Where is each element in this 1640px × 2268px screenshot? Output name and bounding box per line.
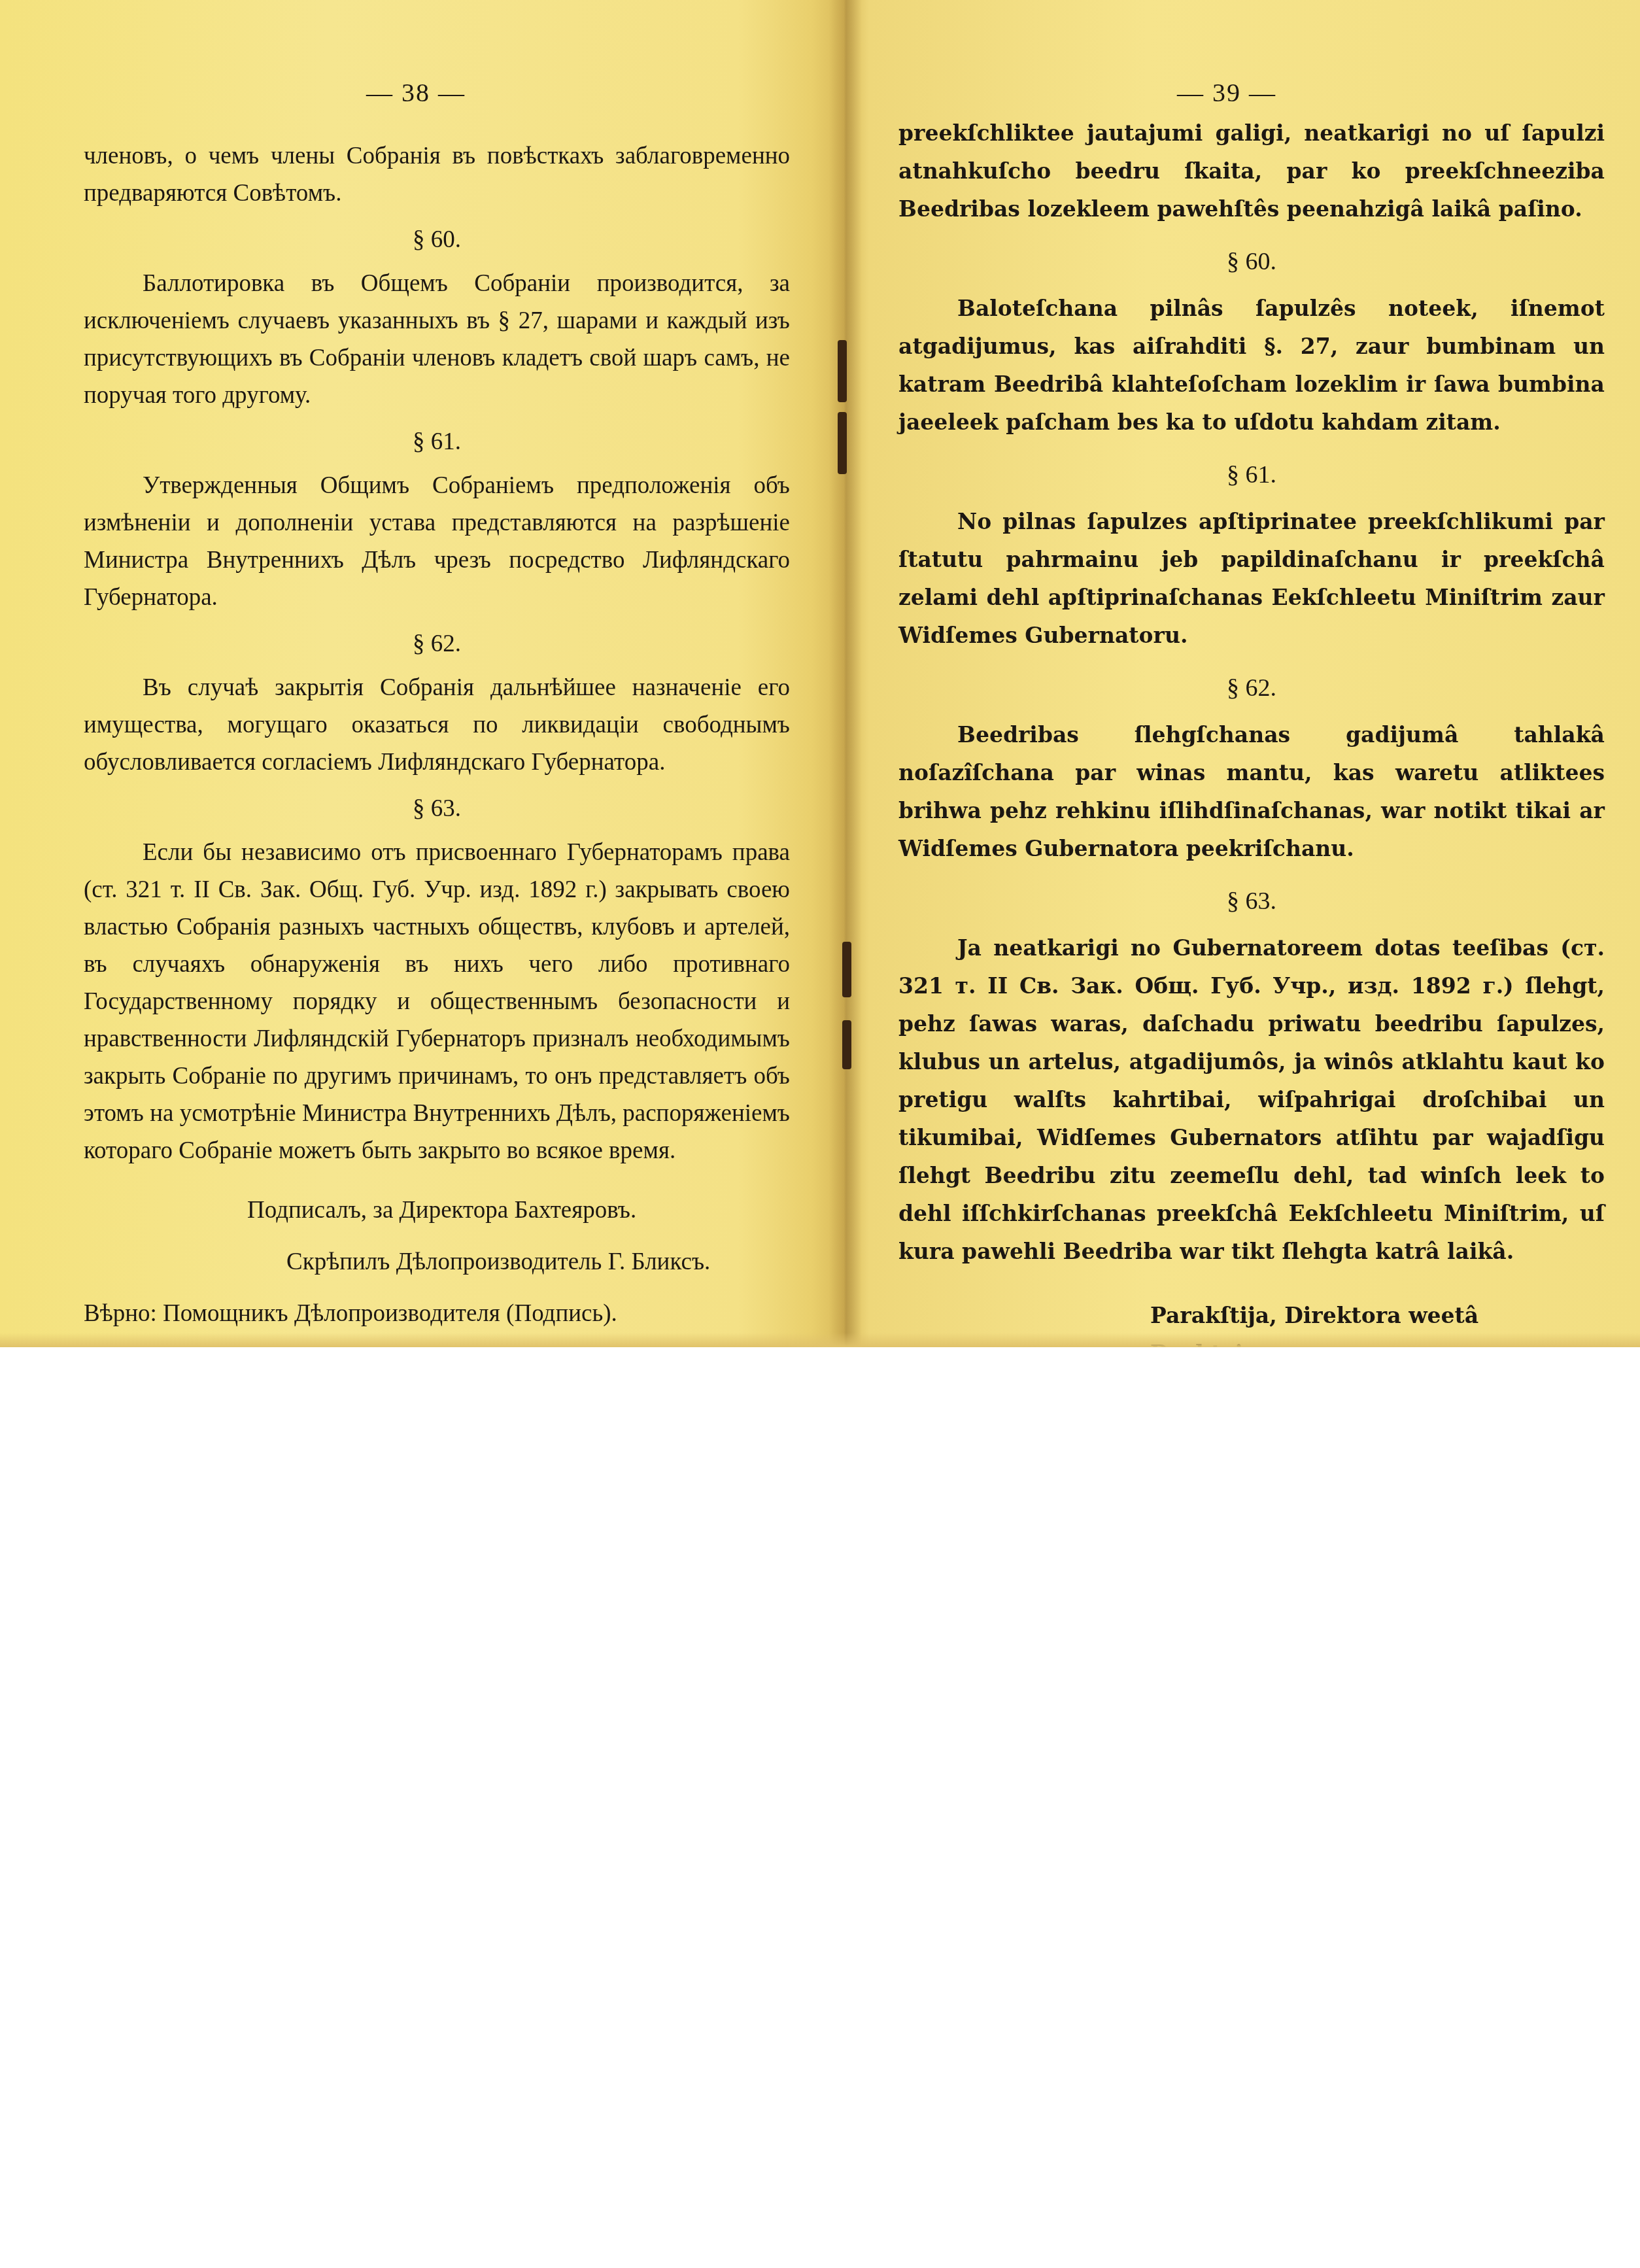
signature-line: Скрѣпилъ Дѣлопроизводитель Г. Бликсъ.	[84, 1243, 790, 1280]
section-heading: § 60.	[898, 243, 1605, 281]
section-paragraph: Beedribas ſlehgſchanas gadijumâ tahlakâ …	[898, 716, 1605, 868]
binding-stitch-3	[842, 942, 851, 997]
page-number: — 38 —	[366, 77, 466, 108]
section-paragraph: Баллотировка въ Общемъ Собраніи производ…	[84, 265, 790, 414]
opening-paragraph: preekſchliktee jautajumi galigi, neatkar…	[898, 114, 1605, 228]
section-heading: § 63.	[84, 790, 790, 827]
binding-stitch-4	[842, 1020, 851, 1069]
signature-block: Подписалъ, за Директора Бахтеяровъ. Скрѣ…	[84, 1192, 790, 1332]
section-paragraph: Baloteſchana pilnâs ſapulzês noteek, iſn…	[898, 290, 1605, 441]
section-heading: § 61.	[898, 456, 1605, 494]
section-paragraph: Въ случаѣ закрытія Собранія дальнѣйшее н…	[84, 669, 790, 781]
page-body: членовъ, о чемъ члены Собранія въ повѣст…	[84, 137, 790, 1347]
page-number: — 39 —	[1177, 77, 1276, 108]
section-heading: § 62.	[898, 669, 1605, 707]
right-page: — 39 — preekſchliktee jautajumi galigi, …	[857, 0, 1640, 1347]
signature-line: Вѣрно: Помощникъ Дѣлопроизводителя (Подп…	[84, 1295, 790, 1332]
section-heading: § 63.	[898, 882, 1605, 920]
book-spread-scan: — 38 — членовъ, о чемъ члены Собранія въ…	[0, 0, 1640, 1347]
section-paragraph: Ja neatkarigi no Gubernatoreem dotas tee…	[898, 929, 1605, 1271]
section-heading: § 61.	[84, 423, 790, 460]
section-paragraph: Если бы независимо отъ присвоеннаго Губе…	[84, 834, 790, 1169]
signature-line: Подписалъ, за Директора Бахтеяровъ.	[84, 1192, 790, 1229]
section-paragraph: Утвержденныя Общимъ Собраніемъ предполож…	[84, 467, 790, 616]
section-heading: § 60.	[84, 221, 790, 258]
section-heading: § 62.	[84, 625, 790, 662]
section-paragraph: No pilnas ſapulzes apſtiprinatee preekſc…	[898, 503, 1605, 655]
page-body: preekſchliktee jautajumi galigi, neatkar…	[898, 114, 1605, 1530]
left-page: — 38 — членовъ, о чемъ члены Собранія въ…	[0, 0, 844, 1347]
opening-paragraph: членовъ, о чемъ члены Собранія въ повѣст…	[84, 137, 790, 212]
blank-scan-area	[0, 1347, 1640, 2268]
